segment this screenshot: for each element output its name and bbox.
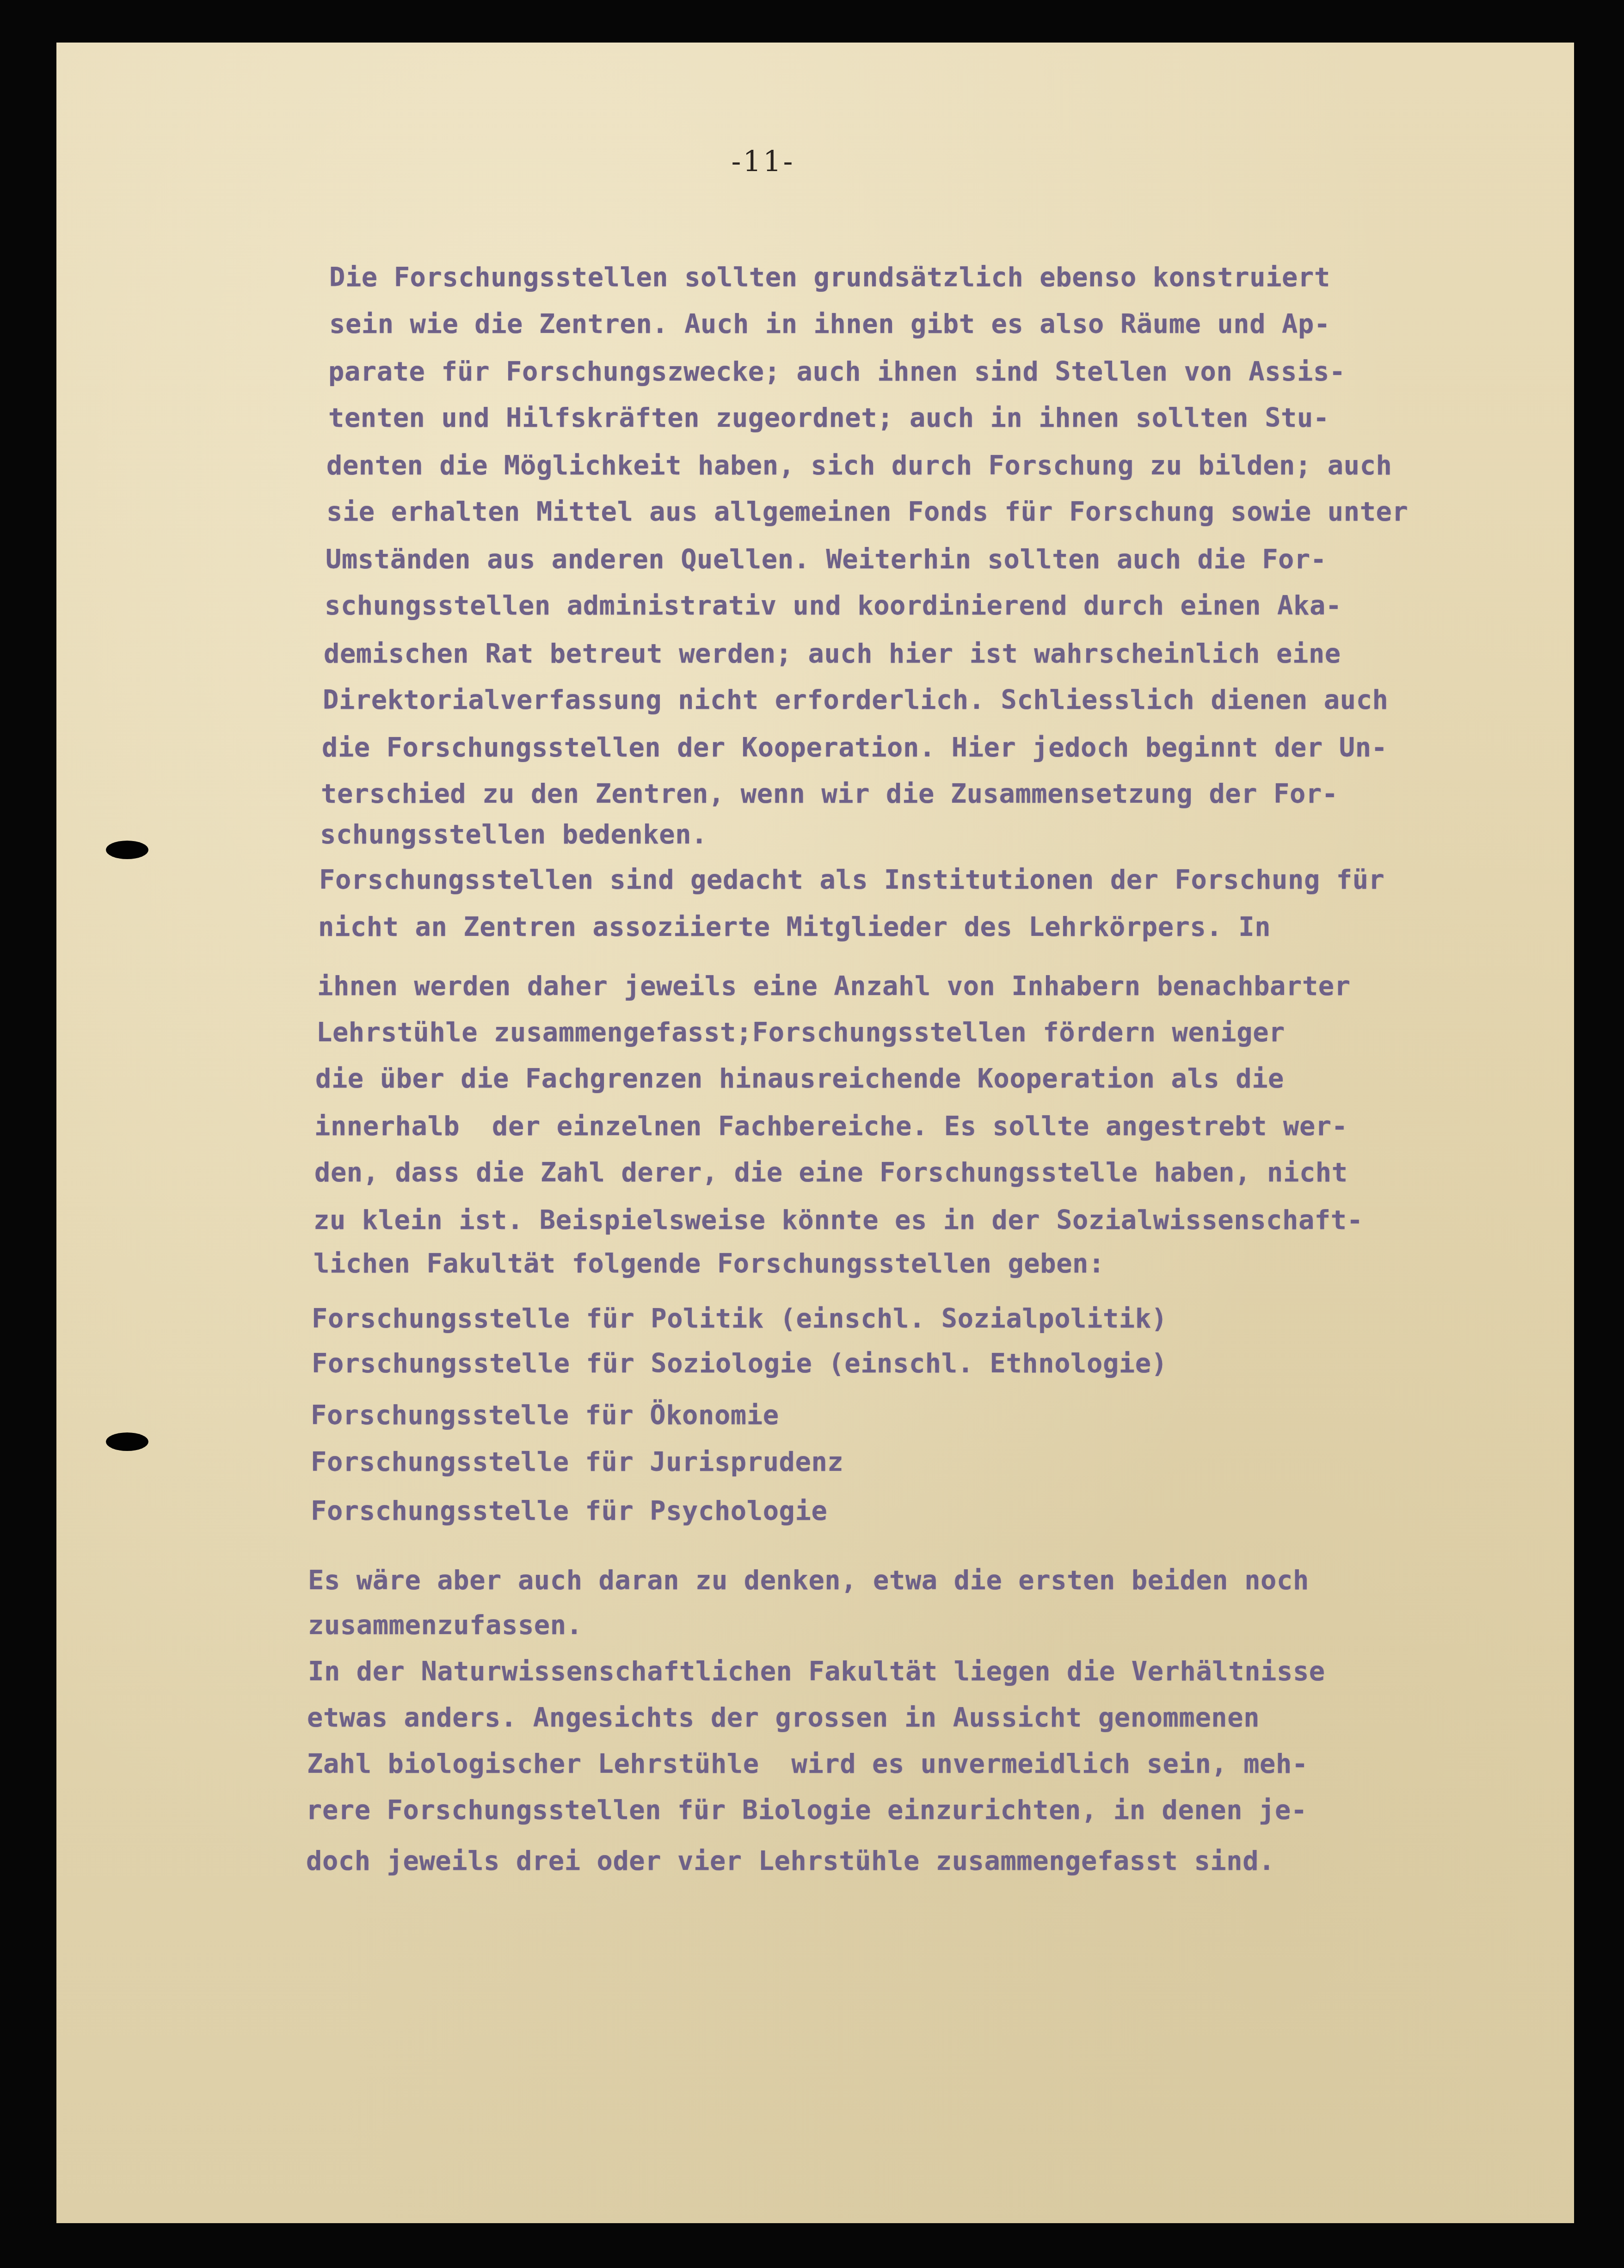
- punch-hole-upper: [106, 841, 148, 859]
- text-line: Es wäre aber auch daran zu denken, etwa …: [308, 1564, 1309, 1597]
- text-line: Lehrstühle zusammengefasst;Forschungsste…: [316, 1016, 1285, 1049]
- text-line: etwas anders. Angesichts der grossen in …: [307, 1702, 1260, 1734]
- text-line: ihnen werden daher jeweils eine Anzahl v…: [317, 970, 1351, 1002]
- list-item: Forschungsstelle für Ökonomie: [311, 1399, 779, 1432]
- text-line: doch jeweils drei oder vier Lehrstühle z…: [306, 1845, 1275, 1877]
- text-line: schungsstellen bedenken.: [320, 818, 707, 851]
- text-line: rere Forschungsstellen für Biologie einz…: [306, 1794, 1307, 1826]
- text-line: In der Naturwissenschaftlichen Fakultät …: [308, 1655, 1325, 1688]
- text-line: sie erhalten Mittel aus allgemeinen Fond…: [326, 496, 1408, 528]
- text-line: lichen Fakultät folgende Forschungsstell…: [314, 1248, 1105, 1280]
- text-line: schungsstellen administrativ und koordin…: [325, 590, 1342, 622]
- text-line: Die Forschungsstellen sollten grundsätzl…: [329, 261, 1330, 294]
- text-line: Zahl biologischer Lehrstühle wird es unv…: [307, 1748, 1308, 1780]
- page-number: -11-: [712, 147, 814, 176]
- list-item: Forschungsstelle für Psychologie: [311, 1495, 827, 1527]
- text-line: tenten und Hilfskräften zugeordnet; auch…: [328, 402, 1329, 434]
- text-line: innerhalb der einzelnen Fachbereiche. Es…: [314, 1110, 1348, 1143]
- text-line: denten die Möglichkeit haben, sich durch…: [326, 449, 1392, 482]
- text-line: zusammenzufassen.: [308, 1609, 583, 1641]
- text-line: parate für Forschungszwecke; auch ihnen …: [328, 356, 1346, 388]
- text-line: Forschungsstellen sind gedacht als Insti…: [319, 864, 1385, 896]
- text-line: nicht an Zentren assoziierte Mitglieder …: [318, 911, 1271, 943]
- text-line: Umständen aus anderen Quellen. Weiterhin…: [326, 543, 1327, 576]
- text-line: terschied zu den Zentren, wenn wir die Z…: [321, 778, 1338, 810]
- text-line: die Forschungsstellen der Kooperation. H…: [322, 731, 1388, 764]
- text-line: sein wie die Zentren. Auch in ihnen gibt…: [329, 308, 1330, 340]
- text-line: Direktorialverfassung nicht erforderlich…: [323, 684, 1389, 716]
- list-item: Forschungsstelle für Soziologie (einschl…: [312, 1347, 1168, 1380]
- text-line: die über die Fachgrenzen hinausreichende…: [315, 1063, 1284, 1095]
- text-line: zu klein ist. Beispielsweise könnte es i…: [314, 1204, 1363, 1236]
- list-item: Forschungsstelle für Jurisprudenz: [311, 1446, 843, 1478]
- punch-hole-lower: [106, 1432, 148, 1451]
- text-line: demischen Rat betreut werden; auch hier …: [324, 638, 1341, 670]
- text-line: den, dass die Zahl derer, die eine Forsc…: [314, 1156, 1348, 1189]
- list-item: Forschungsstelle für Politik (einschl. S…: [312, 1303, 1168, 1335]
